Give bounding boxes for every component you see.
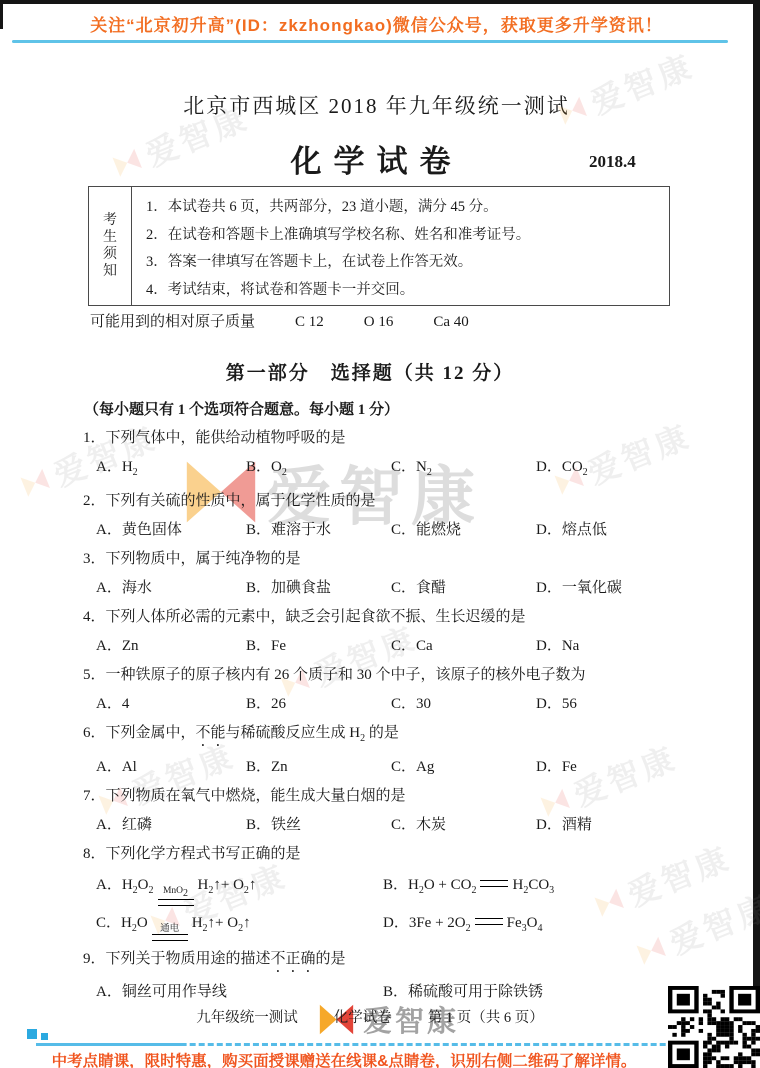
footer-page-number: 第 1 页（共 6 页） [428,1010,544,1026]
option: D．熔点低 [536,516,689,545]
promo-text: 中考点睛课，限时特惠，购买面授课赠送在线课&点睛卷，识别右侧二维码了解详情。 [0,1049,688,1068]
notice-label: 考生须知 [102,212,118,280]
paper-date: 2018.4 [589,152,636,172]
atomic-mass-value: O 16 [364,314,394,330]
option: A．H2 [96,453,246,487]
question-8: 8．下列化学方程式书写正确的是A．H2O2MnO2H2↑+ O2↑B．H2O +… [83,840,689,945]
question-options: A．铜丝可用作导线B．稀硫酸可用于除铁锈 [83,976,689,1009]
option: B．难溶于水 [246,516,391,545]
notice-items: 1．本试卷共 6 页，共两部分，23 道小题，满分 45 分。2．在试卷和答题卡… [132,187,669,305]
question-options: A．H2B．O2C．N2D．CO2 [83,453,689,487]
question-7: 7．下列物质在氧气中燃烧，能生成大量白烟的是A．红磷B．铁丝C．木炭D．酒精 [83,782,689,840]
question-options: A．海水B．加碘食盐C．食醋D．一氧化碳 [83,574,689,603]
scan-edge-top [0,0,760,4]
qr-code-image [668,986,760,1068]
option: B．稀硫酸可用于除铁锈 [383,976,689,1009]
promo-square-small-icon [41,1033,48,1040]
option: B．铁丝 [246,811,391,840]
paper-title: 化学试卷 [0,136,753,181]
question-6: 6．下列金属中，不能与稀硫酸反应生成 H2 的是A．AlB．ZnC．AgD．Fe [83,719,689,782]
notice-item: 1．本试卷共 6 页，共两部分，23 道小题，满分 45 分。 [146,194,669,222]
option: C．木炭 [391,811,536,840]
exam-title: 北京市西城区 2018 年九年级统一测试 [0,90,753,120]
option: A．海水 [96,574,246,603]
option: B．Fe [246,632,391,661]
question-list: 1．下列气体中，能供给动植物呼吸的是A．H2B．O2C．N2D．CO22．下列有… [83,424,689,1009]
option: B．加碘食盐 [246,574,391,603]
option: A．H2O2MnO2H2↑+ O2↑ [96,869,383,907]
option: C．能燃烧 [391,516,536,545]
option: D．3Fe + 2O2Fe3O4 [383,907,689,945]
banner-divider-line [12,40,728,43]
option: D．56 [536,690,689,719]
notice-item: 4．考试结束，将试卷和答题卡一并交回。 [146,277,669,305]
option: C．N2 [391,453,536,487]
option: D．酒精 [536,811,689,840]
wechat-banner-text: 关注“北京初升高”(ID：zkzhongkao)微信公众号，获取更多升学资讯！ [0,11,753,36]
option: C．30 [391,690,536,719]
question-stem: 7．下列物质在氧气中燃烧，能生成大量白烟的是 [83,782,689,811]
promo-solid-line [36,1043,184,1046]
question-stem: 2．下列有关硫的性质中，属于化学性质的是 [83,487,689,516]
scanned-exam-page: 爱智康 爱智康 爱智康 爱智康 爱智康 爱智康 爱智康 爱智康 爱智康 爱智康 … [0,0,760,1068]
question-stem: 8．下列化学方程式书写正确的是 [83,840,689,869]
atomic-mass-value: C 12 [295,314,324,330]
brand-watermark: 爱智康 [552,41,701,137]
option: A．红磷 [96,811,246,840]
question-stem: 1．下列气体中，能供给动植物呼吸的是 [83,424,689,453]
atomic-mass-line: 可能用到的相对原子质量C 12O 16Ca 40 [90,310,469,331]
option: C．H2O通电H2↑+ O2↑ [96,907,383,945]
notice-box: 考生须知 1．本试卷共 6 页，共两部分，23 道小题，满分 45 分。2．在试… [88,186,670,306]
aizhikang-logo-icon [18,466,52,500]
question-options: A．4B．26C．30D．56 [83,690,689,719]
question-stem: 9．下列关于物质用途的描述不正确的是 [83,945,689,976]
question-stem: 3．下列物质中，属于纯净物的是 [83,545,689,574]
option: A．黄色固体 [96,516,246,545]
question-2: 2．下列有关硫的性质中，属于化学性质的是A．黄色固体B．难溶于水C．能燃烧D．熔… [83,487,689,545]
question-stem: 6．下列金属中，不能与稀硫酸反应生成 H2 的是 [83,719,689,753]
option: B．26 [246,690,391,719]
section-note: （每小题只有 1 个选项符合题意。每小题 1 分） [84,398,399,419]
question-stem: 4．下列人体所必需的元素中，缺乏会引起食欲不振、生长迟缓的是 [83,603,689,632]
question-stem: 5．一种铁原子的原子核内有 26 个质子和 30 个中子，该原子的核外电子数为 [83,661,689,690]
question-options: A．H2O2MnO2H2↑+ O2↑B．H2O + CO2H2CO3C．H2O通… [83,869,689,945]
section-title: 第一部分 选择题（共 12 分） [0,358,740,385]
page-footer: 九年级统一测试化学试卷第 1 页（共 6 页） [0,1006,740,1027]
question-options: A．ZnB．FeC．CaD．Na [83,632,689,661]
question-1: 1．下列气体中，能供给动植物呼吸的是A．H2B．O2C．N2D．CO2 [83,424,689,487]
option: A．Zn [96,632,246,661]
option: D．CO2 [536,453,689,487]
question-9: 9．下列关于物质用途的描述不正确的是A．铜丝可用作导线B．稀硫酸可用于除铁锈 [83,945,689,1009]
option: A．Al [96,753,246,782]
option: B．Zn [246,753,391,782]
option: C．Ca [391,632,536,661]
option: D．Na [536,632,689,661]
atomic-mass-label: 可能用到的相对原子质量 [90,314,255,330]
question-options: A．黄色固体B．难溶于水C．能燃烧D．熔点低 [83,516,689,545]
question-5: 5．一种铁原子的原子核内有 26 个质子和 30 个中子，该原子的核外电子数为A… [83,661,689,719]
option: A．铜丝可用作导线 [96,976,383,1009]
option: D．Fe [536,753,689,782]
option: D．一氧化碳 [536,574,689,603]
question-options: A．红磷B．铁丝C．木炭D．酒精 [83,811,689,840]
atomic-mass-value: Ca 40 [433,314,468,330]
notice-item: 2．在试卷和答题卡上准确填写学校名称、姓名和准考证号。 [146,222,669,250]
scan-edge-right [753,0,760,1068]
question-3: 3．下列物质中，属于纯净物的是A．海水B．加碘食盐C．食醋D．一氧化碳 [83,545,689,603]
question-options: A．AlB．ZnC．AgD．Fe [83,753,689,782]
option: B．O2 [246,453,391,487]
question-4: 4．下列人体所必需的元素中，缺乏会引起食欲不振、生长迟缓的是A．ZnB．FeC．… [83,603,689,661]
option: C．Ag [391,753,536,782]
option: C．食醋 [391,574,536,603]
option: B．H2O + CO2H2CO3 [383,869,689,907]
notice-item: 3．答案一律填写在答题卡上，在试卷上作答无效。 [146,249,669,277]
qr-code [668,986,760,1068]
promo-square-icon [27,1029,37,1039]
footer-paper-name: 化学试卷 [334,1010,392,1026]
notice-label-cell: 考生须知 [89,187,132,305]
footer-exam-name: 九年级统一测试 [196,1010,298,1026]
option: A．4 [96,690,246,719]
